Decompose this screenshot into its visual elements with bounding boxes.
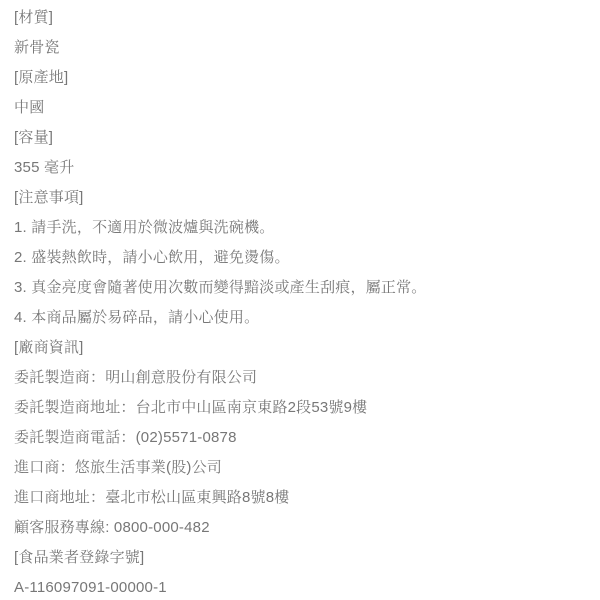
origin-label: [原產地]	[14, 63, 590, 93]
manufacturer-info-item: 進口商：悠旅生活事業(股)公司	[14, 453, 590, 483]
origin-value: 中國	[14, 93, 590, 123]
manufacturer-info-item: 委託製造商：明山創意股份有限公司	[14, 363, 590, 393]
notice-item: 1. 請手洗，不適用於微波爐與洗碗機。	[14, 213, 590, 243]
notice-item: 4. 本商品屬於易碎品，請小心使用。	[14, 303, 590, 333]
notice-item: 3. 真金亮度會隨著使用次數而變得黯淡或產生刮痕，屬正常。	[14, 273, 590, 303]
manufacturer-info-item: 顧客服務專線: 0800-000-482	[14, 513, 590, 543]
capacity-value: 355 毫升	[14, 153, 590, 183]
manufacturer-info-label: [廠商資訊]	[14, 333, 590, 363]
material-label: [材質]	[14, 3, 590, 33]
manufacturer-info-item: 委託製造商地址：台北市中山區南京東路2段53號9樓	[14, 393, 590, 423]
material-value: 新骨瓷	[14, 33, 590, 63]
manufacturer-info-item: 委託製造商電話：(02)5571-0878	[14, 423, 590, 453]
notices-label: [注意事項]	[14, 183, 590, 213]
manufacturer-info-item: 進口商地址：臺北市松山區東興路8號8樓	[14, 483, 590, 513]
product-spec-block: [材質] 新骨瓷 [原產地] 中國 [容量] 355 毫升 [注意事項] 1. …	[0, 0, 600, 600]
notice-item: 2. 盛裝熱飲時，請小心飲用，避免燙傷。	[14, 243, 590, 273]
capacity-label: [容量]	[14, 123, 590, 153]
registration-label: [食品業者登錄字號]	[14, 543, 590, 573]
registration-value: A-116097091-00000-1	[14, 573, 590, 600]
